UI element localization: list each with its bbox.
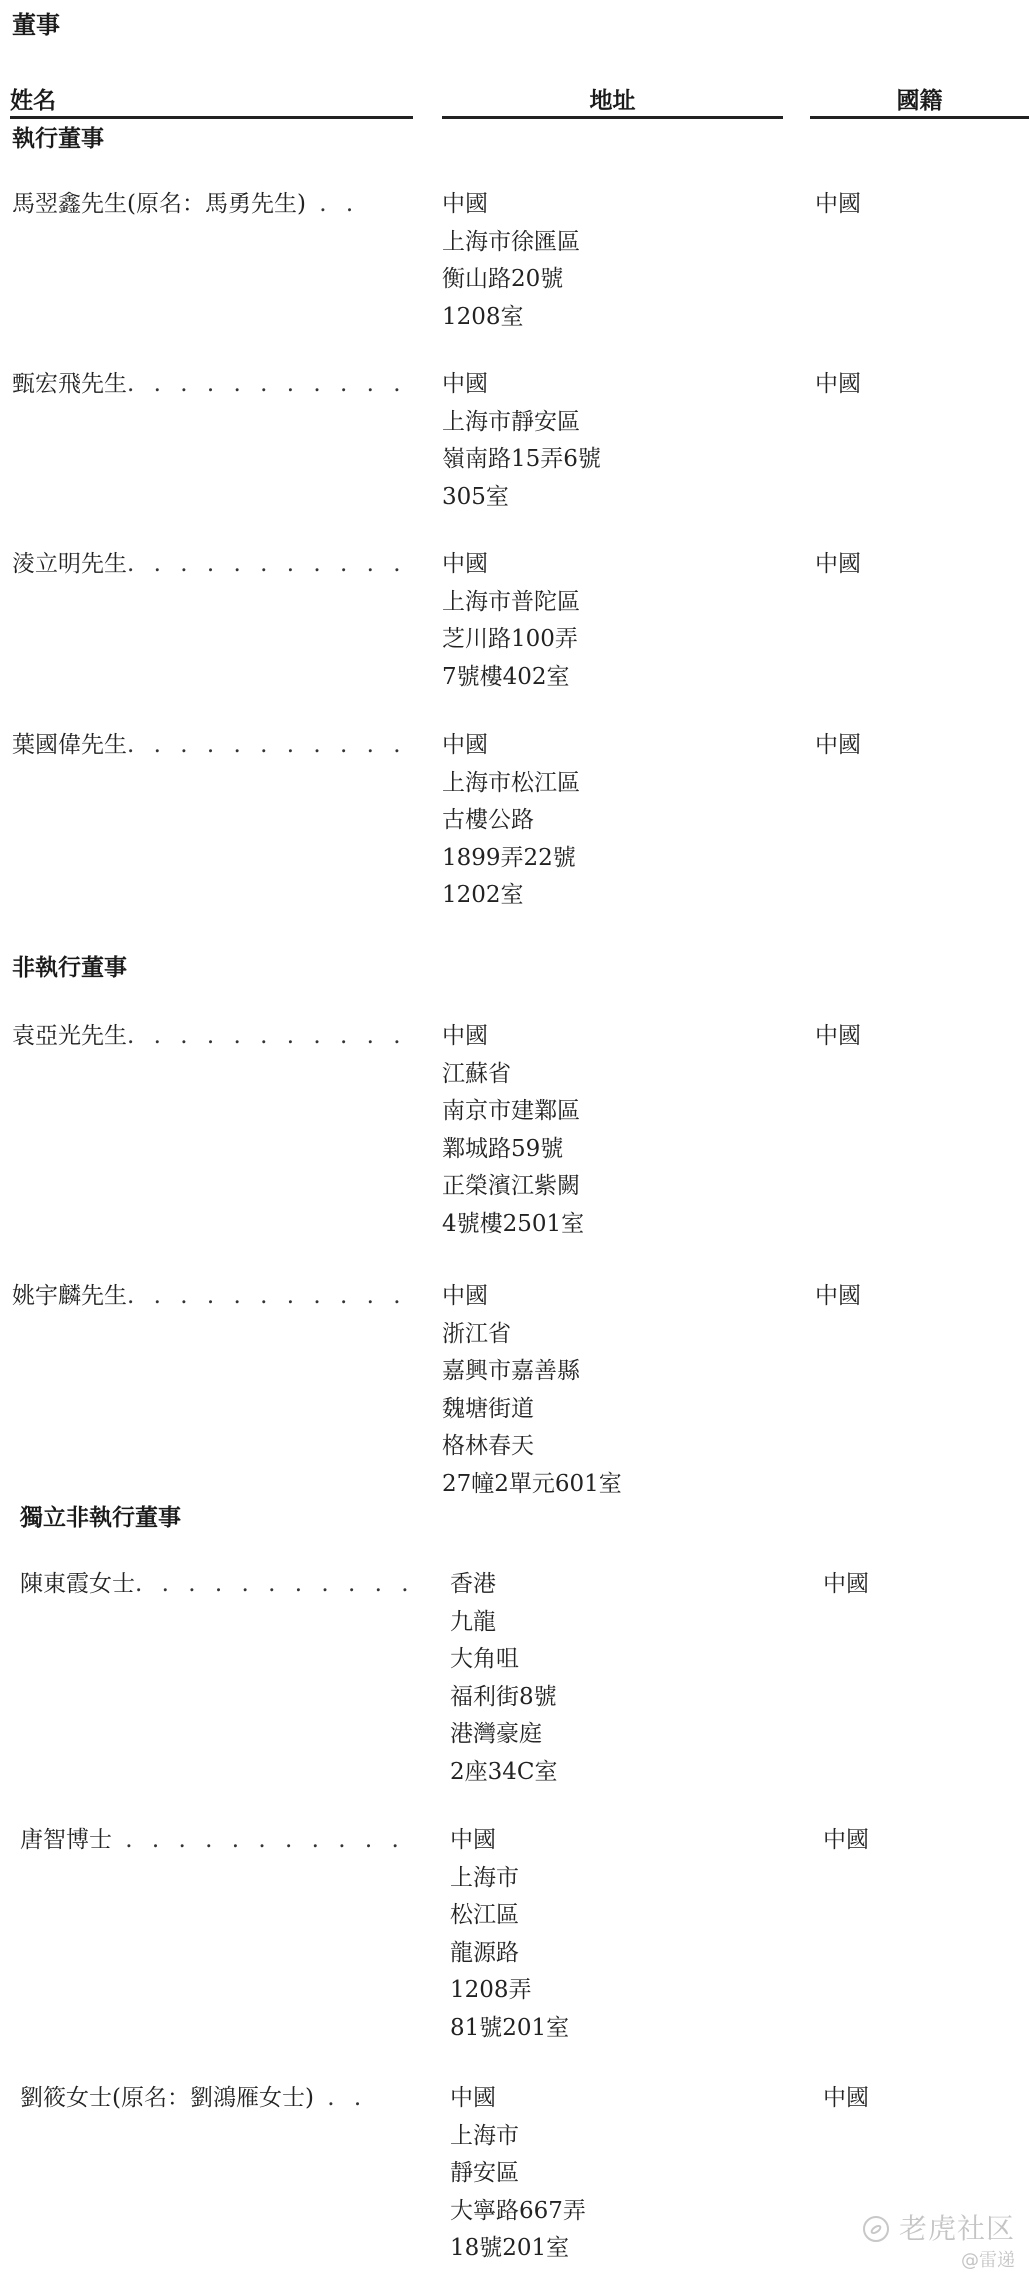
director-address: 中國 浙江省 嘉興市嘉善縣 魏塘街道 格林春天 27幢2單元601室: [442, 1278, 622, 1503]
director-address: 中國 上海市靜安區 嶺南路15弄6號 305室: [442, 366, 601, 516]
address-line: 1208弄: [450, 1972, 569, 2010]
watermark-handle: @雷递: [863, 2248, 1015, 2274]
director-name: 淩立明先生. . . . . . . . . . . . . .: [12, 546, 407, 584]
address-line: 鄴城路59號: [442, 1131, 584, 1169]
director-name: 甄宏飛先生. . . . . . . . . . . . . .: [12, 366, 407, 404]
address-line: 81號201室: [450, 2010, 569, 2048]
director-address: 中國 上海市松江區 古樓公路 1899弄22號 1202室: [442, 727, 580, 915]
director-address: 中國 江蘇省 南京市建鄴區 鄴城路59號 正榮濱江紫闕 4號樓2501室: [442, 1018, 584, 1243]
page-title: 董事: [12, 10, 60, 40]
address-line: 305室: [442, 479, 601, 517]
address-line: 正榮濱江紫闕: [442, 1168, 584, 1206]
address-line: 上海市靜安區: [442, 404, 601, 442]
director-address: 中國 上海市 松江區 龍源路 1208弄 81號201室: [450, 1822, 569, 2047]
address-line: 松江區: [450, 1897, 569, 1935]
director-nationality: 中國: [823, 2080, 869, 2118]
address-line: 1208室: [442, 299, 580, 337]
address-line: 芝川路100弄: [442, 621, 580, 659]
tiger-logo-icon: [863, 2216, 889, 2242]
address-line: 格林春天: [442, 1428, 622, 1466]
address-line: 上海市: [450, 2118, 586, 2156]
address-line: 福利街8號: [450, 1679, 558, 1717]
column-header-name: 姓名: [10, 86, 413, 119]
director-nationality: 中國: [815, 1278, 861, 1316]
address-line: 古樓公路: [442, 802, 580, 840]
address-line: 2座34C室: [450, 1754, 558, 1792]
director-nationality: 中國: [815, 366, 861, 404]
address-line: 中國: [442, 1018, 584, 1056]
director-name: 姚宇麟先生. . . . . . . . . . . . . .: [12, 1278, 407, 1316]
address-line: 南京市建鄴區: [442, 1093, 584, 1131]
director-nationality: 中國: [815, 1018, 861, 1056]
director-name: 唐智博士 . . . . . . . . . . . . . . .: [20, 1822, 415, 1860]
address-line: 龍源路: [450, 1935, 569, 1973]
address-line: 衡山路20號: [442, 261, 580, 299]
address-line: 魏塘街道: [442, 1391, 622, 1429]
address-line: 港灣豪庭: [450, 1716, 558, 1754]
director-address: 香港 九龍 大角咀 福利街8號 港灣豪庭 2座34C室: [450, 1566, 558, 1791]
address-line: 大角咀: [450, 1641, 558, 1679]
director-name: 袁亞光先生. . . . . . . . . . . . . .: [12, 1018, 407, 1056]
director-name: 劉筱女士(原名：劉鴻雁女士) . .: [20, 2080, 415, 2118]
director-name: 馬翌鑫先生(原名：馬勇先生) . .: [12, 186, 407, 224]
address-line: 18號201室: [450, 2230, 586, 2268]
watermark: 老虎社区 @雷递: [863, 2212, 1015, 2274]
director-nationality: 中國: [815, 727, 861, 765]
address-line: 九龍: [450, 1604, 558, 1642]
address-line: 嘉興市嘉善縣: [442, 1353, 622, 1391]
address-line: 江蘇省: [442, 1056, 584, 1094]
address-line: 靜安區: [450, 2155, 586, 2193]
address-line: 上海市: [450, 1860, 569, 1898]
column-header-address: 地址: [442, 86, 783, 119]
address-line: 嶺南路15弄6號: [442, 441, 601, 479]
director-nationality: 中國: [823, 1822, 869, 1860]
address-line: 大寧路667弄: [450, 2193, 586, 2231]
address-line: 香港: [450, 1566, 558, 1604]
director-nationality: 中國: [815, 186, 861, 224]
address-line: 上海市徐匯區: [442, 224, 580, 262]
column-header-nationality: 國籍: [810, 86, 1029, 119]
address-line: 中國: [442, 186, 580, 224]
address-line: 1202室: [442, 877, 580, 915]
address-line: 中國: [450, 1822, 569, 1860]
director-nationality: 中國: [823, 1566, 869, 1604]
director-address: 中國 上海市徐匯區 衡山路20號 1208室: [442, 186, 580, 336]
address-line: 中國: [442, 727, 580, 765]
section-heading-independent: 獨立非執行董事: [20, 1503, 181, 1533]
director-name: 葉國偉先生. . . . . . . . . . . . . .: [12, 727, 407, 765]
watermark-brand: 老虎社区: [899, 2212, 1015, 2246]
address-line: 1899弄22號: [442, 840, 580, 878]
address-line: 中國: [442, 1278, 622, 1316]
address-line: 4號樓2501室: [442, 1206, 584, 1244]
director-address: 中國 上海市普陀區 芝川路100弄 7號樓402室: [442, 546, 580, 696]
director-address: 中國 上海市 靜安區 大寧路667弄 18號201室: [450, 2080, 586, 2268]
section-heading-executive: 執行董事: [12, 124, 104, 154]
address-line: 7號樓402室: [442, 659, 580, 697]
address-line: 浙江省: [442, 1316, 622, 1354]
section-heading-non-executive: 非執行董事: [12, 953, 127, 983]
address-line: 27幢2單元601室: [442, 1466, 622, 1504]
address-line: 中國: [450, 2080, 586, 2118]
director-name: 陳東霞女士. . . . . . . . . . . . . .: [20, 1566, 415, 1604]
address-line: 中國: [442, 366, 601, 404]
address-line: 上海市松江區: [442, 765, 580, 803]
director-nationality: 中國: [815, 546, 861, 584]
address-line: 上海市普陀區: [442, 584, 580, 622]
address-line: 中國: [442, 546, 580, 584]
